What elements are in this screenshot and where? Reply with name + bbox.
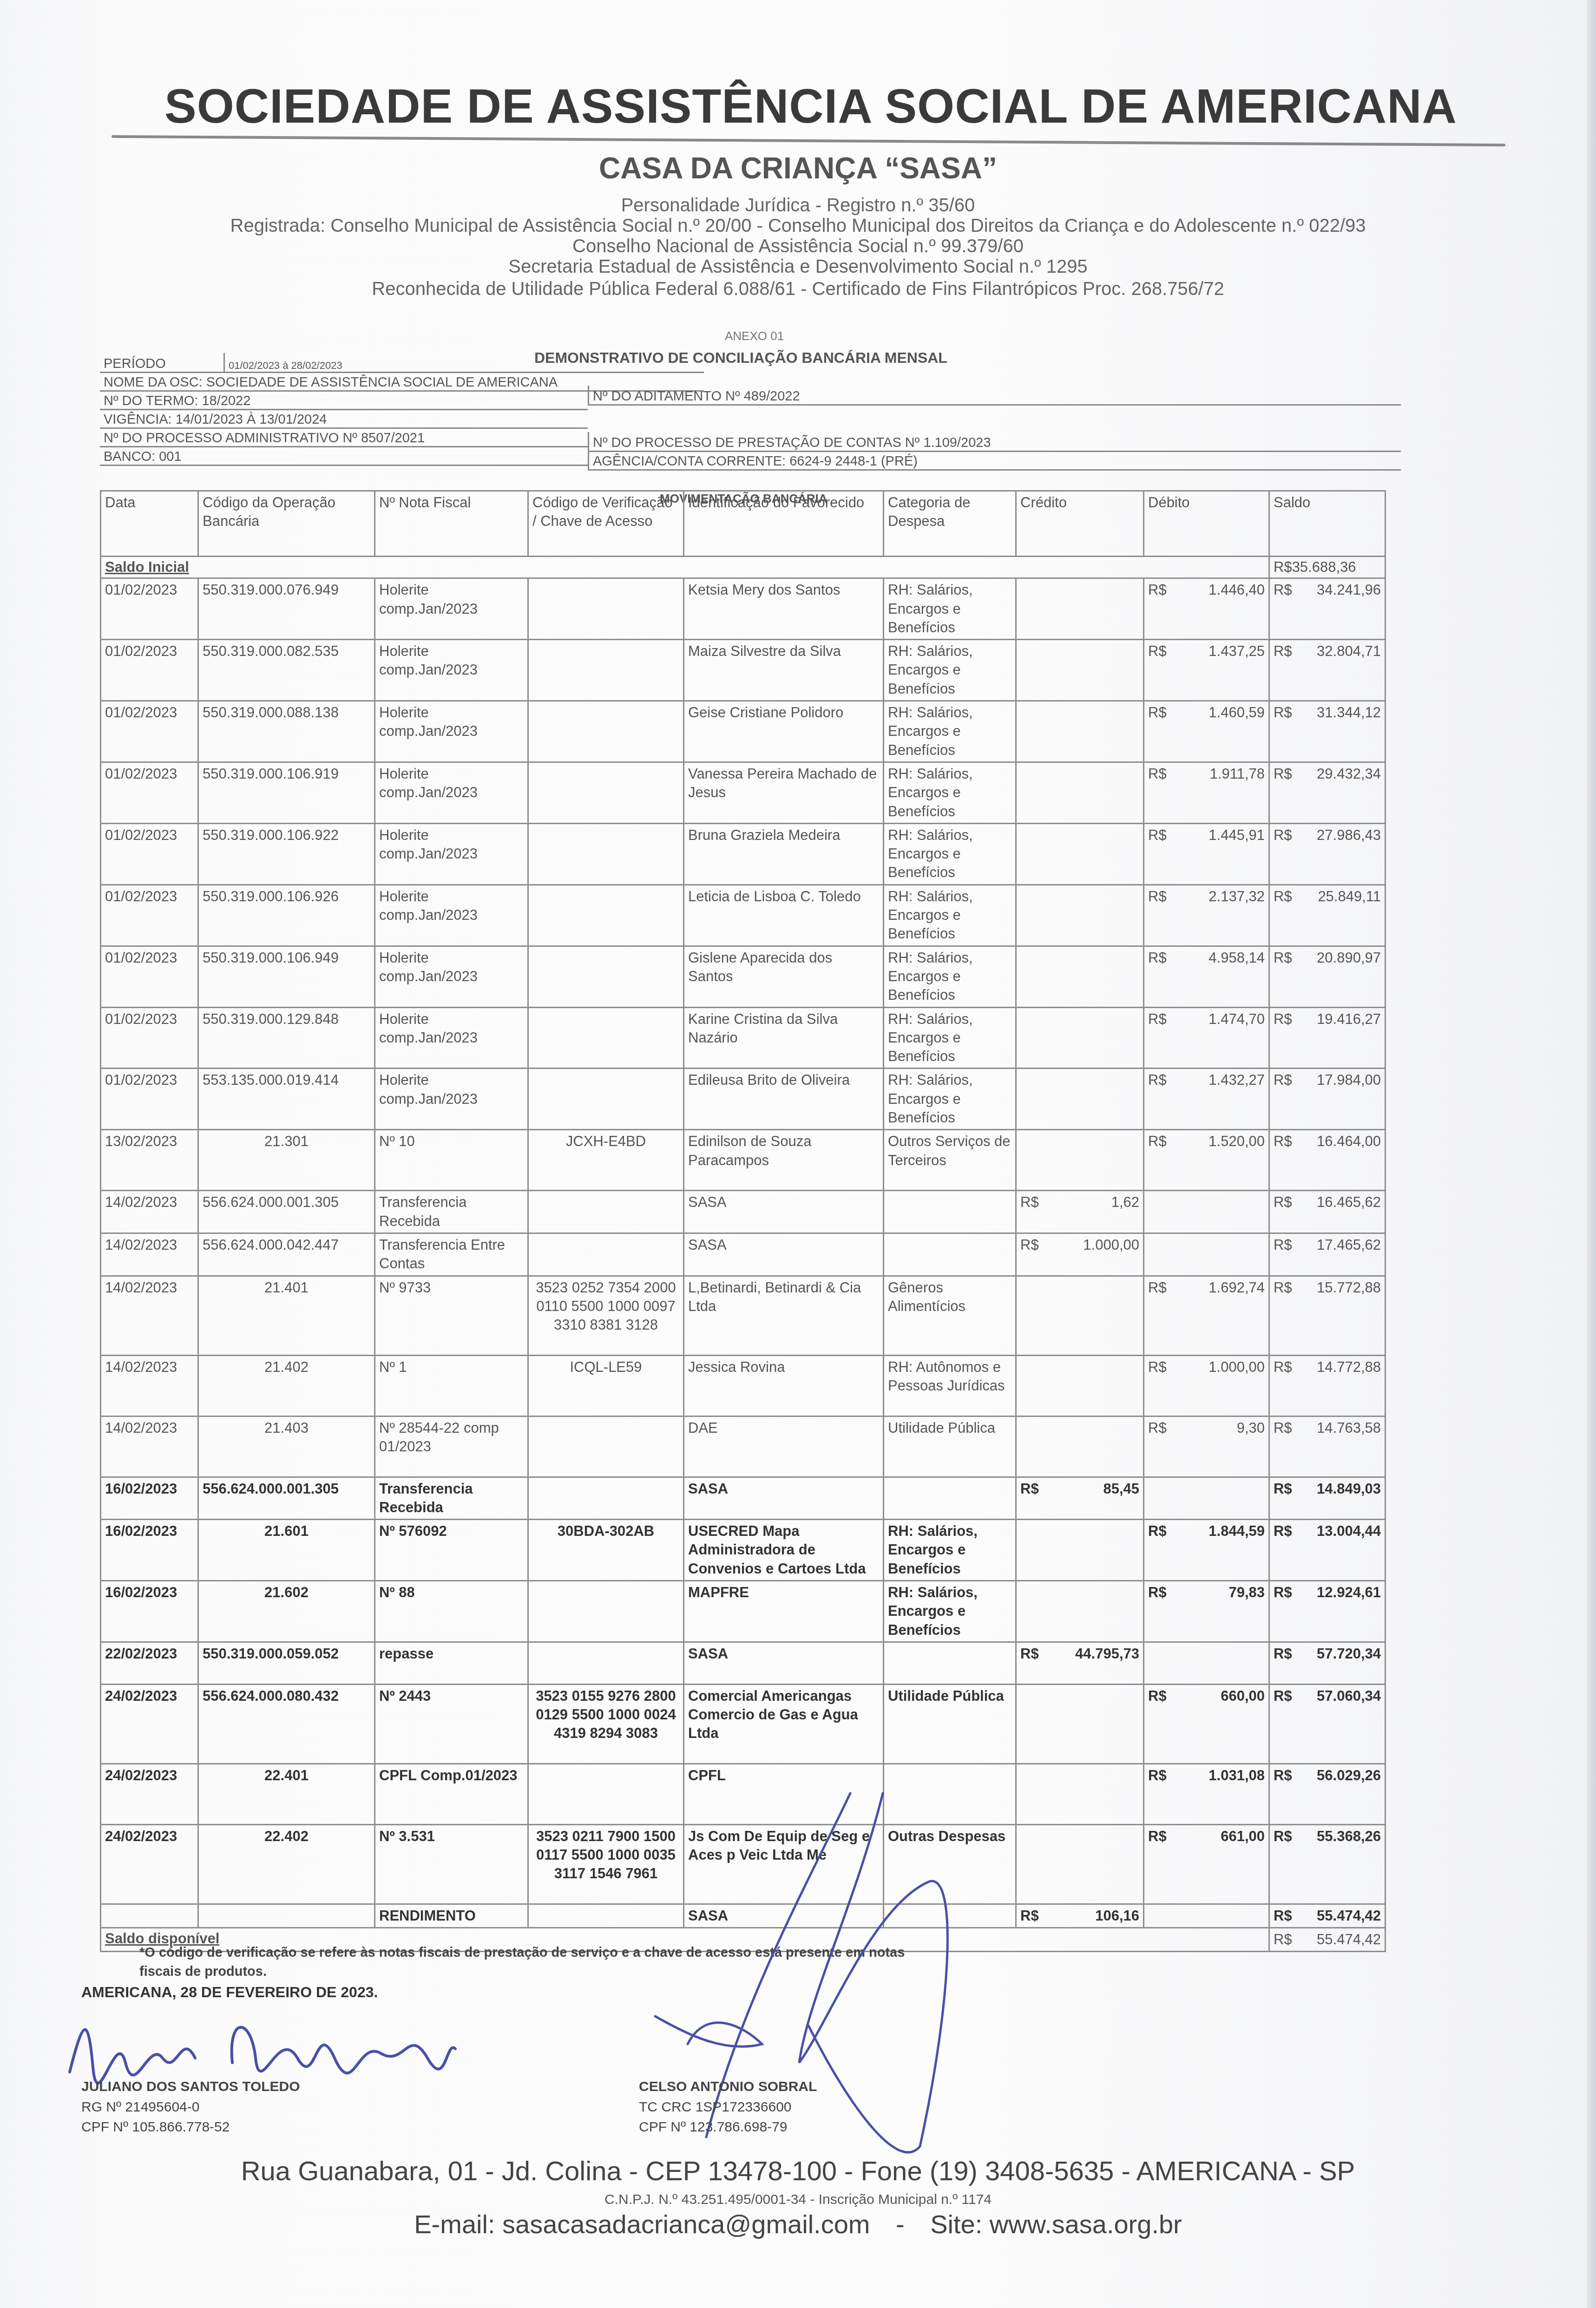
saldo-inicial-row: Saldo Inicial R$35.688,36	[101, 557, 1386, 578]
amount: 1.692,74	[1208, 1279, 1265, 1297]
credito-cell	[1016, 1276, 1144, 1355]
operation-code-cell: 550.319.000.106.919	[198, 762, 375, 823]
currency-symbol: R$	[1274, 1907, 1292, 1925]
col-header: Código de Verificação / Chave de Acesso	[528, 491, 684, 557]
operation-code-cell: 550.319.000.082.535	[198, 640, 375, 701]
amount: 1.520,00	[1208, 1132, 1265, 1151]
invoice-cell: Holerite comp.Jan/2023	[375, 885, 528, 946]
currency-symbol: R$	[1274, 703, 1292, 722]
date-cell: 01/02/2023	[101, 1069, 198, 1130]
table-row: 01/02/2023550.319.000.076.949Holerite co…	[101, 578, 1386, 640]
category-cell: RH: Salários, Encargos e Benefícios	[884, 1007, 1016, 1069]
saldo-cell: R$32.804,71	[1269, 640, 1386, 701]
currency-symbol: R$	[1148, 1071, 1167, 1089]
amount: 44.795,73	[1075, 1645, 1139, 1663]
date-cell: 13/02/2023	[101, 1130, 198, 1191]
invoice-cell: RENDIMENTO	[375, 1904, 528, 1928]
invoice-cell: Holerite comp.Jan/2023	[375, 946, 528, 1007]
verification-key-cell	[528, 823, 684, 885]
verification-key-cell: 3523 0252 7354 2000 0110 5500 1000 0097 …	[528, 1276, 684, 1355]
amount: 17.984,00	[1317, 1071, 1381, 1089]
saldo-cell: R$13.004,44	[1269, 1520, 1386, 1581]
operation-code-cell: 22.401	[198, 1764, 375, 1824]
saldo-cell: R$17.465,62	[1269, 1233, 1386, 1276]
currency-symbol: R$	[1274, 1132, 1292, 1151]
operation-code-cell: 550.319.000.088.138	[198, 701, 375, 762]
credito-cell	[1016, 1416, 1144, 1477]
saldo-cell: R$14.849,03	[1269, 1477, 1386, 1520]
category-cell: Outros Serviços de Terceiros	[884, 1130, 1016, 1191]
aditamento: Nº DO ADITAMENTO Nº 489/2022	[589, 389, 804, 404]
verification-key-cell	[528, 1069, 684, 1130]
saldo-cell: R$34.241,96	[1269, 578, 1386, 640]
operation-code-cell: 550.319.000.106.949	[198, 946, 375, 1007]
verification-key-cell: ICQL-LE59	[528, 1355, 684, 1416]
invoice-cell: CPFL Comp.01/2023	[375, 1764, 528, 1824]
date-cell: 14/02/2023	[101, 1416, 198, 1477]
verification-key-cell	[528, 1580, 684, 1642]
category-cell	[884, 1477, 1016, 1520]
currency-symbol: R$	[1274, 1010, 1292, 1029]
date-cell: 14/02/2023	[101, 1191, 198, 1233]
amount: 55.474,42	[1317, 1930, 1381, 1949]
credito-cell: R$44.795,73	[1016, 1642, 1144, 1684]
table-row: 01/02/2023550.319.000.088.138Holerite co…	[101, 701, 1386, 762]
operation-code-cell: 21.602	[198, 1580, 375, 1642]
footer-contact: E-mail: sasacasadacrianca@gmail.com - Si…	[0, 2209, 1596, 2239]
table-row: 01/02/2023553.135.000.019.414Holerite co…	[101, 1069, 1386, 1130]
amount: 4.958,14	[1208, 949, 1265, 967]
category-cell	[884, 1191, 1016, 1233]
amount: 31.344,12	[1317, 703, 1381, 722]
saldo-cell: R$16.465,62	[1269, 1191, 1386, 1233]
banco: BANCO: 001	[100, 449, 185, 465]
debito-cell	[1144, 1191, 1269, 1233]
amount: 14.772,88	[1317, 1358, 1381, 1377]
payee-cell: USECRED Mapa Administradora de Convenios…	[684, 1520, 884, 1581]
footer-site[interactable]: Site: www.sasa.org.br	[930, 2210, 1182, 2239]
amount: 17.465,62	[1317, 1236, 1381, 1254]
credito-cell	[1016, 1130, 1144, 1191]
saldo-cell: R$16.464,00	[1269, 1130, 1386, 1191]
credito-cell	[1016, 1520, 1144, 1581]
currency-symbol: R$	[1274, 1930, 1292, 1949]
currency-symbol: R$	[1148, 1583, 1167, 1602]
date-cell: 24/02/2023	[101, 1824, 198, 1904]
invoice-cell: Transferencia Recebida	[375, 1191, 528, 1233]
currency-symbol: R$	[1274, 887, 1292, 906]
table-row: 14/02/202321.401Nº 97333523 0252 7354 20…	[101, 1276, 1386, 1355]
verification-key-cell	[528, 946, 684, 1007]
payee-cell: Edinilson de Souza Paracampos	[684, 1130, 884, 1191]
debito-cell: R$1.692,74	[1144, 1276, 1269, 1355]
saldo-cell: R$19.416,27	[1269, 1007, 1386, 1069]
table-row: 13/02/202321.301Nº 10JCXH-E4BDEdinilson …	[101, 1130, 1386, 1191]
saldo-cell: R$31.344,12	[1269, 701, 1386, 762]
saldo-cell: R$20.890,97	[1269, 946, 1386, 1007]
operation-code-cell: 21.401	[198, 1276, 375, 1355]
currency-symbol: R$	[1148, 1419, 1167, 1437]
debito-cell	[1144, 1477, 1269, 1520]
processo-prestacao: Nº DO PROCESSO DE PRESTAÇÃO DE CONTAS Nº…	[589, 435, 995, 451]
processo-administrativo: Nº DO PROCESSO ADMINISTRATIVO Nº 8507/20…	[100, 431, 428, 446]
currency-symbol: R$	[1148, 1766, 1167, 1785]
operation-code-cell: 550.319.000.059.052	[198, 1642, 375, 1684]
currency-symbol: R$	[1148, 1687, 1167, 1705]
amount: 1.911,78	[1210, 765, 1265, 783]
saldo-disponivel-value: R$ 55.474,42	[1269, 1928, 1386, 1952]
currency-symbol: R$	[1148, 1358, 1167, 1377]
saldo-cell: R$29.432,34	[1269, 762, 1386, 823]
debito-cell: R$660,00	[1144, 1684, 1269, 1764]
category-cell	[884, 1233, 1016, 1276]
invoice-cell: Nº 576092	[375, 1520, 528, 1581]
amount: 57.060,34	[1317, 1687, 1381, 1705]
credito-cell	[1016, 578, 1144, 640]
registry-line: Reconhecida de Utilidade Pública Federal…	[0, 279, 1596, 300]
amount: 85,45	[1103, 1480, 1139, 1498]
invoice-cell: Nº 3.531	[375, 1824, 528, 1904]
amount: 57.720,34	[1317, 1645, 1381, 1663]
saldo-cell: R$57.720,34	[1269, 1642, 1386, 1684]
payee-cell: Leticia de Lisboa C. Toledo	[684, 885, 884, 946]
currency-symbol: R$	[1274, 1522, 1292, 1541]
table-row: 01/02/2023550.319.000.106.919Holerite co…	[101, 762, 1386, 823]
currency-symbol: R$	[1148, 642, 1167, 661]
date-cell: 14/02/2023	[101, 1355, 198, 1416]
currency-symbol: R$	[1274, 826, 1292, 845]
currency-symbol: R$	[1274, 581, 1292, 599]
verification-key-cell	[528, 1416, 684, 1477]
category-cell: RH: Salários, Encargos e Benefícios	[884, 640, 1016, 701]
verification-key-cell: 3523 0155 9276 2800 0129 5500 1000 0024 …	[528, 1684, 684, 1764]
col-header: Data	[101, 491, 198, 557]
category-cell: Utilidade Pública	[884, 1416, 1016, 1477]
table-row: 14/02/2023556.624.000.042.447Transferenc…	[101, 1233, 1386, 1276]
amount: 16.464,00	[1317, 1132, 1381, 1151]
org-name-heading: SOCIEDADE DE ASSISTÊNCIA SOCIAL DE AMERI…	[123, 79, 1498, 134]
payee-cell: Gislene Aparecida dos Santos	[684, 946, 884, 1007]
invoice-cell: Holerite comp.Jan/2023	[375, 1069, 528, 1130]
credito-cell	[1016, 1007, 1144, 1069]
currency-symbol: R$	[1148, 1010, 1167, 1029]
amount: 1.446,40	[1208, 581, 1265, 599]
verification-key-cell	[528, 701, 684, 762]
invoice-cell: Transferencia Entre Contas	[375, 1233, 528, 1276]
table-row: 22/02/2023550.319.000.059.052repasseSASA…	[101, 1642, 1386, 1684]
operation-code-cell: 556.624.000.080.432	[198, 1684, 375, 1764]
category-cell: RH: Salários, Encargos e Benefícios	[884, 1520, 1016, 1581]
saldo-cell: R$27.986,43	[1269, 823, 1386, 885]
footer-address: Rua Guanabara, 01 - Jd. Colina - CEP 134…	[0, 2156, 1596, 2187]
col-header: Nº Nota Fiscal	[375, 491, 528, 557]
credito-cell	[1016, 885, 1144, 946]
currency-symbol: R$	[1148, 949, 1167, 967]
operation-code-cell: 21.301	[198, 1130, 375, 1191]
saldo-cell: R$15.772,88	[1269, 1276, 1386, 1355]
currency-symbol: R$	[1020, 1236, 1039, 1254]
amount: 2.137,32	[1208, 887, 1265, 906]
date-cell: 01/02/2023	[101, 823, 198, 885]
date-cell: 14/02/2023	[101, 1233, 198, 1276]
verification-key-cell	[528, 885, 684, 946]
signatory-cpf: CPF Nº 105.866.778-52	[81, 2117, 300, 2138]
saldo-cell: R$12.924,61	[1269, 1580, 1386, 1642]
signatory-1: JULIANO DOS SANTOS TOLEDO RG Nº 21495604…	[81, 2077, 300, 2138]
debito-cell: R$1.520,00	[1144, 1130, 1269, 1191]
verification-key-cell	[528, 762, 684, 823]
verification-key-cell	[528, 578, 684, 640]
currency-symbol: R$	[1148, 1132, 1167, 1151]
table-row: 01/02/2023550.319.000.082.535Holerite co…	[101, 640, 1386, 701]
date-cell: 01/02/2023	[101, 701, 198, 762]
table-row: 01/02/2023550.319.000.106.949Holerite co…	[101, 946, 1386, 1007]
verification-key-cell	[528, 1477, 684, 1520]
currency-symbol: R$	[1020, 1193, 1039, 1212]
debito-cell: R$1.437,25	[1144, 640, 1269, 701]
currency-symbol: R$	[1148, 1522, 1167, 1541]
amount: 34.241,96	[1317, 581, 1381, 599]
currency-symbol: R$	[1274, 1766, 1292, 1785]
invoice-cell: Nº 2443	[375, 1684, 528, 1764]
signatory-name: JULIANO DOS SANTOS TOLEDO	[81, 2077, 300, 2097]
invoice-cell: Holerite comp.Jan/2023	[375, 762, 528, 823]
amount: 32.804,71	[1317, 642, 1381, 661]
category-cell: RH: Salários, Encargos e Benefícios	[884, 1069, 1016, 1130]
operation-code-cell: 553.135.000.019.414	[198, 1069, 375, 1130]
category-cell: Gêneros Alimentícios	[884, 1276, 1016, 1355]
category-cell	[884, 1642, 1016, 1684]
payee-cell: SASA	[684, 1191, 884, 1233]
amount: 1.474,70	[1208, 1010, 1265, 1029]
category-cell: RH: Salários, Encargos e Benefícios	[884, 762, 1016, 823]
verification-key-cell	[528, 1642, 684, 1684]
operation-code-cell: 556.624.000.001.305	[198, 1191, 375, 1233]
debito-cell: R$4.958,14	[1144, 946, 1269, 1007]
amount: 9,30	[1237, 1419, 1265, 1437]
currency-symbol: R$	[1274, 765, 1292, 783]
footer-cnpj: C.N.P.J. N.º 43.251.495/0001-34 - Inscri…	[0, 2192, 1596, 2208]
currency-symbol: R$	[1274, 1193, 1292, 1212]
invoice-cell: Holerite comp.Jan/2023	[375, 640, 528, 701]
registry-line: Conselho Nacional de Assistência Social …	[0, 236, 1596, 257]
amount: 16.465,62	[1317, 1193, 1381, 1212]
debito-cell: R$1.911,78	[1144, 762, 1269, 823]
debito-cell: R$1.460,59	[1144, 701, 1269, 762]
payee-cell: DAE	[684, 1416, 884, 1477]
amount: 660,00	[1221, 1687, 1265, 1705]
invoice-cell: Holerite comp.Jan/2023	[375, 701, 528, 762]
payee-cell: Maiza Silvestre da Silva	[684, 640, 884, 701]
signature-scribble-icon	[548, 1765, 1106, 2183]
table-row: 16/02/202321.602Nº 88MAPFRERH: Salários,…	[101, 1580, 1386, 1642]
saldo-cell: R$14.763,58	[1269, 1416, 1386, 1477]
table-row: 01/02/2023550.319.000.129.848Holerite co…	[101, 1007, 1386, 1069]
org-subtitle: CASA DA CRIANÇA “SASA”	[0, 151, 1596, 185]
invoice-cell: Nº 1	[375, 1355, 528, 1416]
payee-cell: Jessica Rovina	[684, 1355, 884, 1416]
operation-code-cell: 550.319.000.129.848	[198, 1007, 375, 1069]
saldo-inicial-value: R$35.688,36	[1269, 557, 1386, 578]
debito-cell: R$9,30	[1144, 1416, 1269, 1477]
footer-separator: -	[896, 2210, 905, 2239]
invoice-cell: repasse	[375, 1642, 528, 1684]
payee-cell: Karine Cristina da Silva Nazário	[684, 1007, 884, 1069]
saldo-cell: R$14.772,88	[1269, 1355, 1386, 1416]
payee-cell: Ketsia Mery dos Santos	[684, 578, 884, 640]
amount: 14.763,58	[1317, 1419, 1381, 1437]
saldo-cell: R$57.060,34	[1269, 1684, 1386, 1764]
currency-symbol: R$	[1274, 1583, 1292, 1602]
verification-key-cell	[528, 1191, 684, 1233]
debito-cell: R$1.844,59	[1144, 1520, 1269, 1581]
operation-code-cell: 21.601	[198, 1520, 375, 1581]
date-cell	[101, 1904, 198, 1928]
date-cell: 01/02/2023	[101, 762, 198, 823]
invoice-cell: Transferencia Recebida	[375, 1477, 528, 1520]
date-cell: 01/02/2023	[101, 578, 198, 640]
amount: 12.924,61	[1317, 1583, 1381, 1602]
saldo-cell: R$55.474,42	[1269, 1904, 1386, 1928]
invoice-cell: Nº 10	[375, 1130, 528, 1191]
currency-symbol: R$	[1274, 1236, 1292, 1254]
amount: 56.029,26	[1317, 1766, 1381, 1785]
table-row: 16/02/202321.601Nº 57609230BDA-302ABUSEC…	[101, 1520, 1386, 1581]
invoice-cell: Nº 28544-22 comp 01/2023	[375, 1416, 528, 1477]
amount: 25.849,11	[1318, 887, 1381, 906]
verification-key-cell	[528, 640, 684, 701]
credito-cell	[1016, 1684, 1144, 1764]
signatory-cpf: CPF Nº 123.786.698-79	[639, 2117, 817, 2138]
verification-key-cell	[528, 1233, 684, 1276]
operation-code-cell: 550.319.000.106.926	[198, 885, 375, 946]
category-cell: RH: Salários, Encargos e Benefícios	[884, 885, 1016, 946]
amount: 1.000,00	[1208, 1358, 1265, 1377]
currency-symbol: R$	[1148, 581, 1167, 599]
registry-line: Registrada: Conselho Municipal de Assist…	[0, 216, 1596, 236]
debito-cell: R$79,83	[1144, 1580, 1269, 1642]
col-header: Código da Operação Bancária	[198, 491, 375, 557]
invoice-cell: Holerite comp.Jan/2023	[375, 823, 528, 885]
date-cell: 01/02/2023	[101, 640, 198, 701]
category-cell: RH: Salários, Encargos e Benefícios	[884, 946, 1016, 1007]
credito-cell	[1016, 762, 1144, 823]
date-cell: 01/02/2023	[101, 1007, 198, 1069]
debito-cell: R$1.000,00	[1144, 1355, 1269, 1416]
amount: 13.004,44	[1317, 1522, 1381, 1541]
nome-osc: NOME DA OSC: SOCIEDADE DE ASSISTÊNCIA SO…	[100, 375, 561, 390]
date-cell: 01/02/2023	[101, 946, 198, 1007]
category-cell: RH: Salários, Encargos e Benefícios	[884, 578, 1016, 640]
debito-cell: R$2.137,32	[1144, 885, 1269, 946]
credito-cell	[1016, 640, 1144, 701]
operation-code-cell: 21.403	[198, 1416, 375, 1477]
debito-cell	[1144, 1642, 1269, 1684]
verification-key-cell	[528, 1007, 684, 1069]
amount: 1.437,25	[1208, 642, 1265, 661]
col-header: Débito	[1144, 491, 1269, 557]
date-cell: 22/02/2023	[101, 1642, 198, 1684]
category-cell: Utilidade Pública	[884, 1684, 1016, 1764]
table-row: 14/02/202321.403Nº 28544-22 comp 01/2023…	[101, 1416, 1386, 1477]
category-cell: RH: Autônomos e Pessoas Jurídicas	[884, 1355, 1016, 1416]
signatory-name: CELSO ANTONIO SOBRAL	[639, 2077, 817, 2097]
amount: 1.844,59	[1208, 1522, 1265, 1541]
signatory-rg: RG Nº 21495604-0	[81, 2097, 300, 2118]
table-header-row: Data Código da Operação Bancária Nº Nota…	[101, 491, 1386, 557]
currency-symbol: R$	[1020, 1480, 1039, 1498]
invoice-cell: Holerite comp.Jan/2023	[375, 578, 528, 640]
credito-cell: R$85,45	[1016, 1477, 1144, 1520]
payee-cell: L,Betinardi, Betinardi & Cia Ltda	[684, 1276, 884, 1355]
operation-code-cell: 556.624.000.001.305	[198, 1477, 375, 1520]
currency-symbol: R$	[1274, 1480, 1292, 1498]
amount: 1.031,08	[1208, 1766, 1265, 1785]
currency-symbol: R$	[1148, 887, 1167, 906]
footer-email[interactable]: E-mail: sasacasadacrianca@gmail.com	[414, 2210, 870, 2239]
payee-cell: Bruna Graziela Medeira	[684, 823, 884, 885]
credito-cell	[1016, 823, 1144, 885]
payee-cell: SASA	[684, 1233, 884, 1276]
table-row: 14/02/202321.402Nº 1ICQL-LE59Jessica Rov…	[101, 1355, 1386, 1416]
currency-symbol: R$	[1148, 826, 1167, 845]
currency-symbol: R$	[1148, 703, 1167, 722]
col-header: Crédito	[1016, 491, 1144, 557]
amount: 29.432,34	[1317, 765, 1381, 783]
saldo-cell: R$56.029,26	[1269, 1764, 1386, 1824]
debito-cell: R$1.446,40	[1144, 578, 1269, 640]
operation-code-cell: 550.319.000.076.949	[198, 578, 375, 640]
bank-movements-table: Data Código da Operação Bancária Nº Nota…	[100, 490, 1386, 1952]
registry-line: Personalidade Jurídica - Registro n.º 35…	[0, 195, 1596, 216]
credito-cell	[1016, 1355, 1144, 1416]
date-cell: 16/02/2023	[101, 1477, 198, 1520]
amount: 1.460,59	[1208, 703, 1265, 722]
category-cell: RH: Salários, Encargos e Benefícios	[884, 701, 1016, 762]
date-cell: 24/02/2023	[101, 1764, 198, 1824]
invoice-cell: Nº 9733	[375, 1276, 528, 1355]
credito-cell: R$1,62	[1016, 1191, 1144, 1233]
currency-symbol: R$	[1274, 1827, 1292, 1846]
currency-symbol: R$	[1274, 1358, 1292, 1377]
col-header: Identificação do Favorecido	[684, 491, 884, 557]
registry-line: Secretaria Estadual de Assistência e Des…	[0, 256, 1596, 277]
amount: 27.986,43	[1317, 826, 1381, 845]
date-cell: 14/02/2023	[101, 1276, 198, 1355]
category-cell: RH: Salários, Encargos e Benefícios	[884, 823, 1016, 885]
currency-symbol: R$	[1274, 1687, 1292, 1705]
debito-cell: R$1.445,91	[1144, 823, 1269, 885]
table-row: 01/02/2023550.319.000.106.926Holerite co…	[101, 885, 1386, 946]
currency-symbol: R$	[1274, 949, 1292, 967]
annex-label: ANEXO 01	[725, 329, 784, 343]
saldo-inicial-label: Saldo Inicial	[101, 557, 1269, 578]
payee-cell: Edileusa Brito de Oliveira	[684, 1069, 884, 1130]
payee-cell: Vanessa Pereira Machado de Jesus	[684, 762, 884, 823]
date-cell: 16/02/2023	[101, 1580, 198, 1642]
operation-code-cell: 556.624.000.042.447	[198, 1233, 375, 1276]
periodo-value: 01/02/2023 à 28/02/2023	[225, 360, 346, 372]
document-page: SOCIEDADE DE ASSISTÊNCIA SOCIAL DE AMERI…	[0, 0, 1596, 2308]
col-header: Saldo	[1269, 491, 1386, 557]
amount: 79,83	[1228, 1583, 1265, 1602]
invoice-cell: Holerite comp.Jan/2023	[375, 1007, 528, 1069]
agencia-conta: AGÊNCIA/CONTA CORRENTE: 6624-9 2448-1 (P…	[589, 454, 921, 469]
saldo-cell: R$17.984,00	[1269, 1069, 1386, 1130]
debito-cell: R$1.474,70	[1144, 1007, 1269, 1069]
saldo-cell: R$25.849,11	[1269, 885, 1386, 946]
amount: 20.890,97	[1317, 949, 1381, 967]
